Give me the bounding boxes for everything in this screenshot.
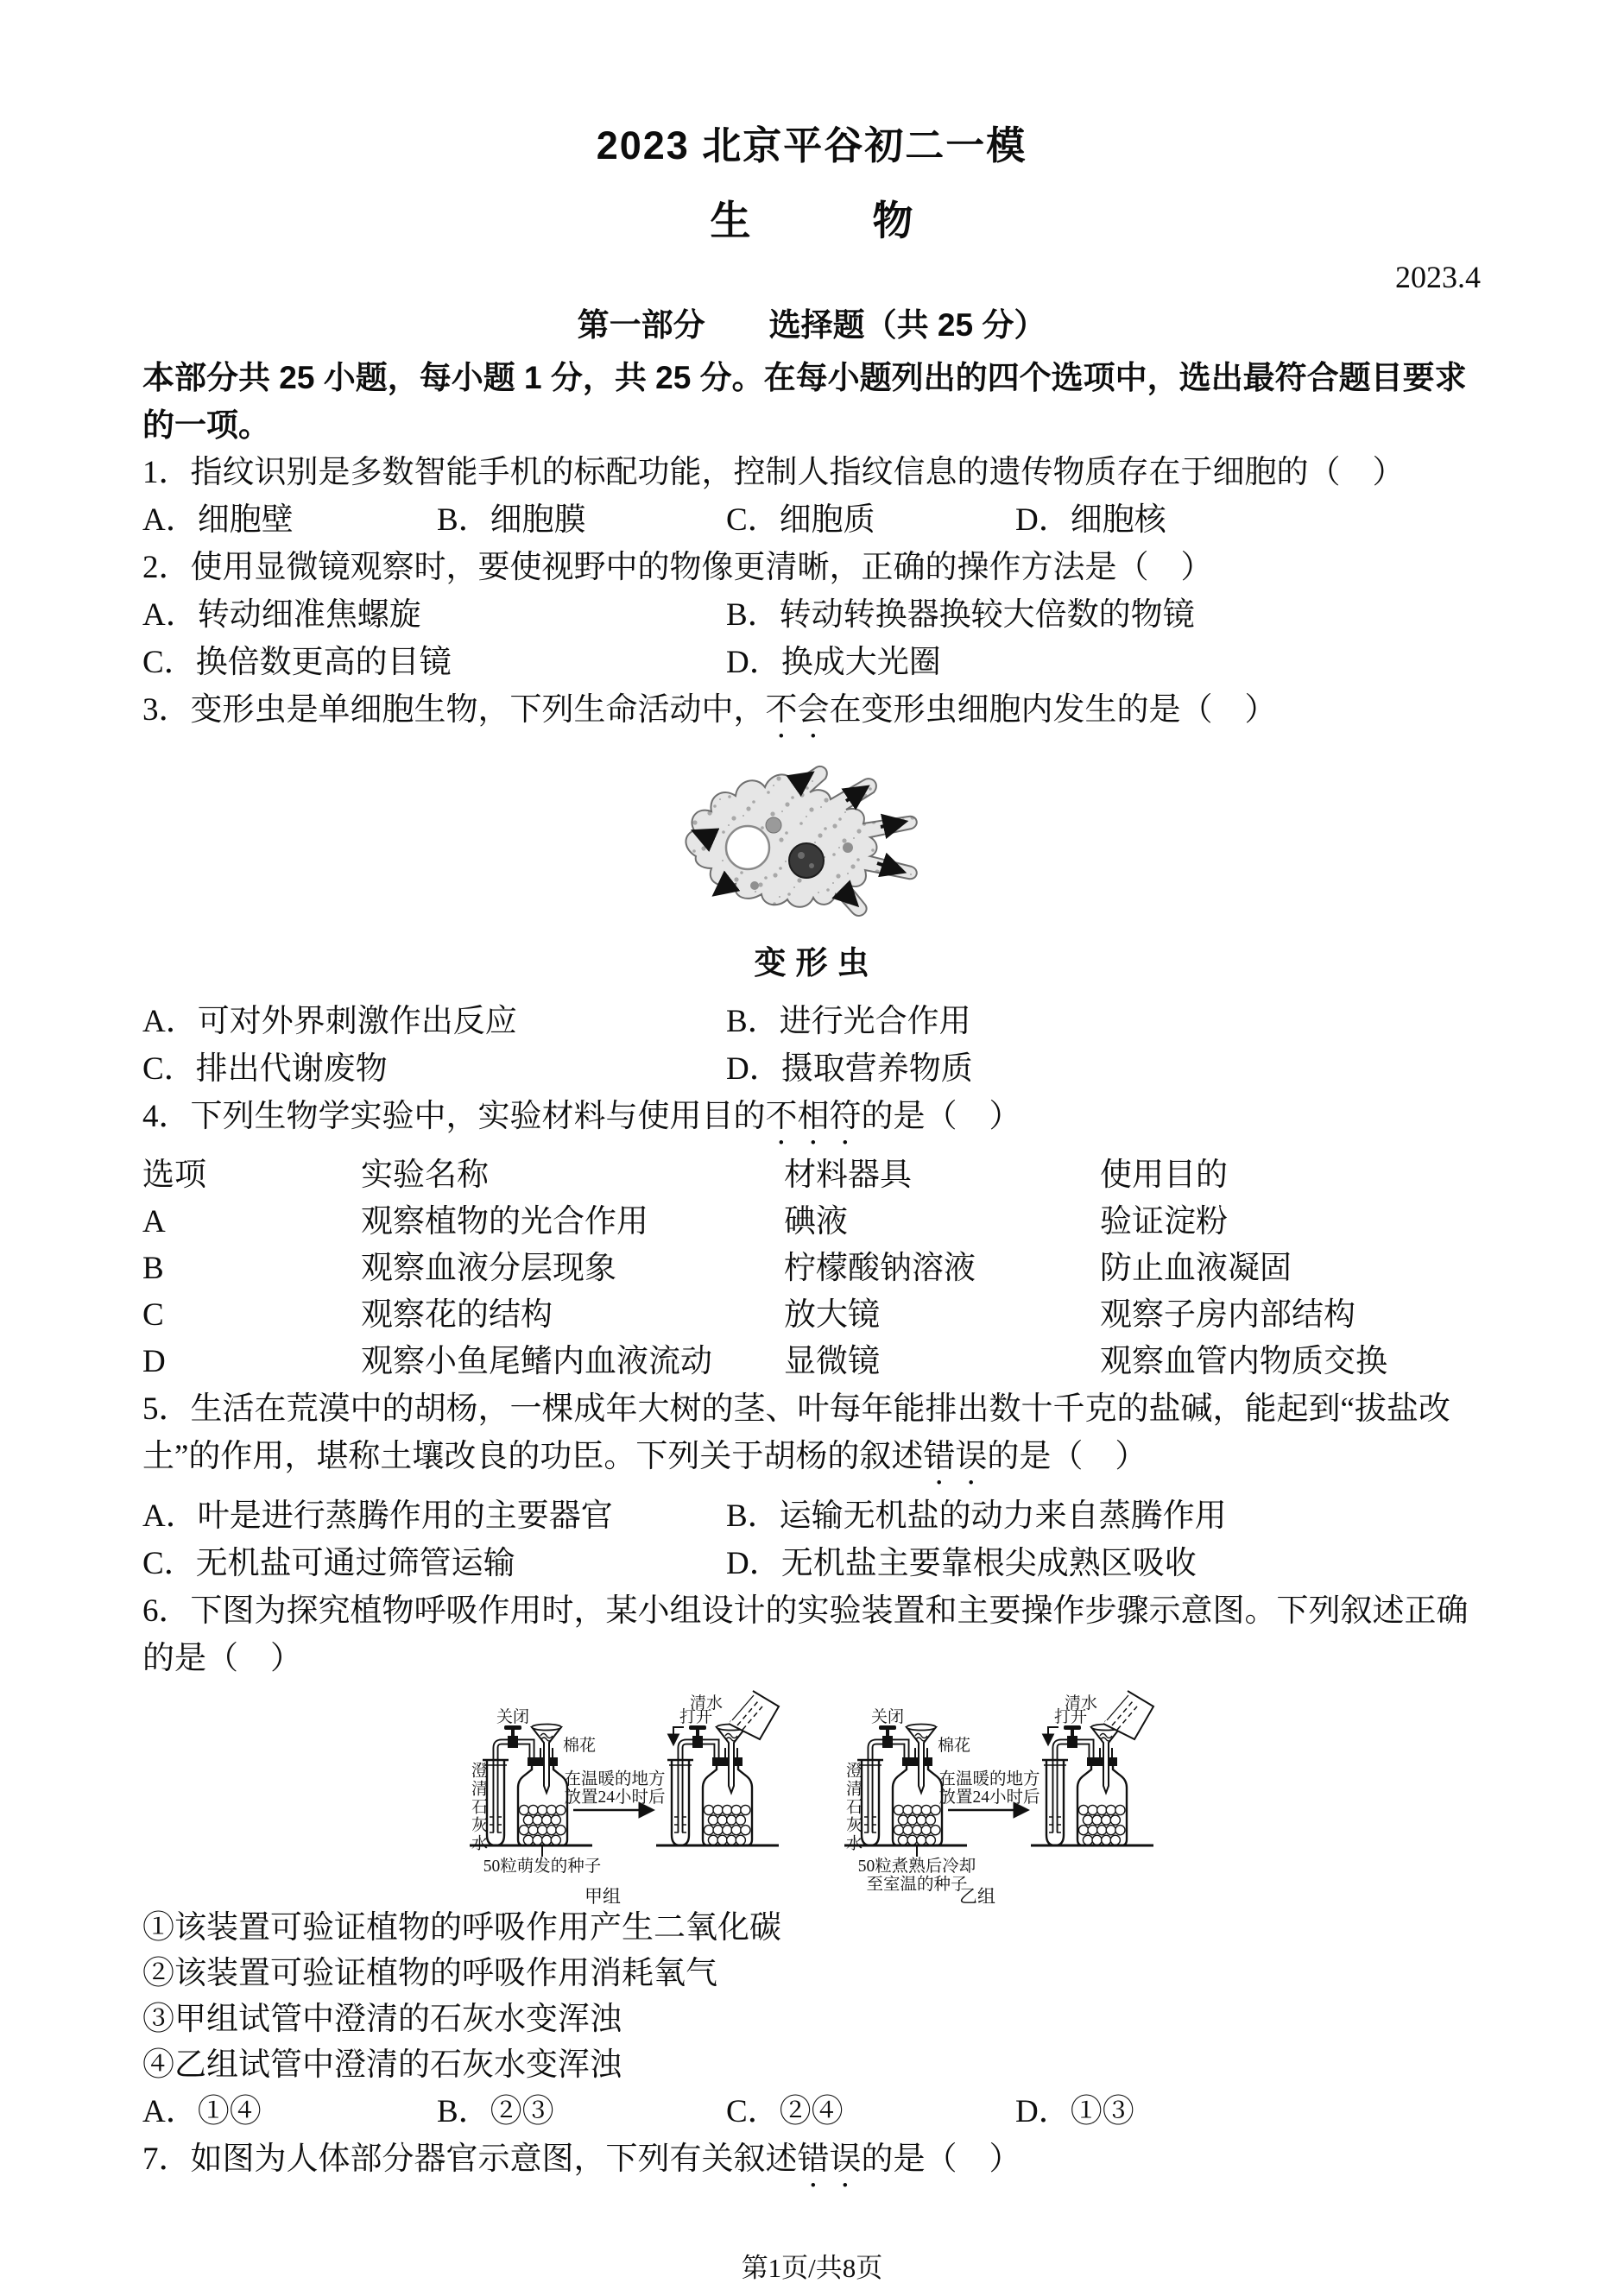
- table-cell: 观察子房内部结构: [1100, 1292, 1481, 1339]
- q6-option-d: D．①③: [1015, 2088, 1481, 2135]
- q5-options-cd: C．无机盐可通过筛管运输 D．无机盐主要靠根尖成熟区吸收: [142, 1540, 1481, 1587]
- q3-options-cd: C．排出代谢废物 D．摄取营养物质: [142, 1045, 1481, 1093]
- q6-diagram-group-yi: 澄清石灰水: [843, 1687, 1155, 1905]
- q1-option-d: D．细胞核: [1015, 496, 1481, 544]
- q3-text-pre: 3．变形虫是单细胞生物，下列生命活动中，: [142, 692, 766, 728]
- contractile-vacuole: [726, 826, 769, 869]
- valve-label-closed: 关闭: [871, 1707, 904, 1726]
- question-3: 3．变形虫是单细胞生物，下列生命活动中，不会在变形虫细胞内发生的是（ ）: [142, 686, 1481, 746]
- q6-statement-1: ①该装置可验证植物的呼吸作用产生二氧化碳: [142, 1905, 1481, 1951]
- rubber-stopper: [712, 1757, 742, 1766]
- seeds-label-line2: 至室温的种子: [866, 1875, 967, 1894]
- water-label: 清水: [690, 1694, 723, 1713]
- seeds-label-line1: 50粒萌发的种子: [483, 1857, 602, 1876]
- cotton-label: 棉花: [938, 1736, 970, 1755]
- q4-text-post: 的是（ ）: [862, 1099, 1021, 1134]
- instructions: 本部分共 25 小题，每小题 1 分，共 25 分。在每小题列出的四个选项中，选…: [142, 354, 1481, 449]
- seeds-label-line1: 50粒煮熟后冷却: [858, 1857, 976, 1876]
- q2-option-b: B．转动转换器换较大倍数的物镜: [726, 591, 1481, 639]
- table-cell: 显微镜: [784, 1339, 1100, 1385]
- q5-text-emphasis: 错误: [923, 1439, 987, 1474]
- q3-text-emphasis: 不会: [766, 692, 830, 728]
- q1-option-c: C．细胞质: [726, 496, 1015, 544]
- q4-text-emphasis: 不相符: [766, 1099, 862, 1134]
- valve-label-closed: 关闭: [496, 1707, 529, 1726]
- apparatus-svg-yi: 关闭 棉花 50粒煮熟后冷却: [843, 1687, 1155, 1905]
- exam-content: 2023 北京平谷初二一模 生 物 2023.4 第一部分 选择题（共 25 分…: [0, 0, 1624, 2195]
- step-text-line2: 放置24小时后: [938, 1788, 1039, 1807]
- funnel: [1091, 1720, 1121, 1793]
- q7-text-pre: 7．如图为人体部分器官示意图，下列有关叙述: [142, 2141, 798, 2177]
- q3-option-d: D．摄取营养物质: [726, 1045, 1481, 1093]
- funnel: [717, 1720, 746, 1793]
- q3-option-a: A．可对外界刺激作出反应: [142, 998, 726, 1045]
- table-cell: A: [142, 1199, 361, 1246]
- step-text-line1: 在温暖的地方: [564, 1769, 665, 1788]
- page-title: 2023 北京平谷初二一模: [142, 121, 1481, 171]
- q5-options-ab: A．叶是进行蒸腾作用的主要器官 B．运输无机盐的动力来自蒸腾作用: [142, 1492, 1481, 1540]
- q6-diagram: 澄清石灰水: [142, 1687, 1481, 1905]
- table-cell: 放大镜: [784, 1292, 1100, 1339]
- table-cell: C: [142, 1292, 361, 1339]
- water-label: 清水: [1065, 1694, 1097, 1713]
- exam-date: 2023.4: [142, 257, 1481, 297]
- question-1: 1．指纹识别是多数智能手机的标配功能，控制人指纹信息的遗传物质存在于细胞的（ ）: [142, 449, 1481, 496]
- step-text-line2: 放置24小时后: [564, 1788, 665, 1807]
- group-caption: 乙组: [959, 1886, 995, 1905]
- q3-option-c: C．排出代谢废物: [142, 1045, 726, 1093]
- q4-table-header: 选项: [142, 1152, 361, 1199]
- table-cell: 柠檬酸钠溶液: [784, 1246, 1100, 1292]
- table-cell: 防止血液凝固: [1100, 1246, 1481, 1292]
- q4-table-header: 实验名称: [361, 1152, 784, 1199]
- exam-page: 2023 北京平谷初二一模 生 物 2023.4 第一部分 选择题（共 25 分…: [0, 0, 1624, 2296]
- q1-option-a: A．细胞壁: [142, 496, 437, 544]
- q6-option-c: C．②④: [726, 2088, 1015, 2135]
- q4-table-header: 使用目的: [1100, 1152, 1481, 1199]
- q5-text-pre: 5．生活在荒漠中的胡杨，一棵成年大树的茎、叶每年能排出数十千克的盐碱，能起到“拔…: [142, 1391, 1450, 1474]
- seeds: [1078, 1805, 1125, 1845]
- q2-options-ab: A．转动细准焦螺旋 B．转动转换器换较大倍数的物镜: [142, 591, 1481, 639]
- table-cell: 观察小鱼尾鳍内血液流动: [361, 1339, 784, 1385]
- q2-options-cd: C．换倍数更高的目镜 D．换成大光圈: [142, 639, 1481, 686]
- question-2: 2．使用显微镜观察时，要使视野中的物像更清晰，正确的操作方法是（ ）: [142, 544, 1481, 591]
- q1-options: A．细胞壁 B．细胞膜 C．细胞质 D．细胞核: [142, 496, 1481, 544]
- table-cell: 观察花的结构: [361, 1292, 784, 1339]
- table-cell: D: [142, 1339, 361, 1385]
- q5-option-a: A．叶是进行蒸腾作用的主要器官: [142, 1492, 726, 1540]
- limewater-label: 澄清石灰水: [468, 1762, 487, 1852]
- q6-statements: ①该装置可验证植物的呼吸作用产生二氧化碳 ②该装置可验证植物的呼吸作用消耗氧气 …: [142, 1905, 1481, 2088]
- step-text-line1: 在温暖的地方: [938, 1769, 1039, 1788]
- rubber-stopper: [528, 1757, 558, 1766]
- table-cell: 观察血液分层现象: [361, 1246, 784, 1292]
- q7-text-post: 的是（ ）: [862, 2141, 1021, 2177]
- amoeba-nucleus: [789, 843, 824, 878]
- q6-option-a: A．①④: [142, 2088, 437, 2135]
- q6-options: A．①④ B．②③ C．②④ D．①③: [142, 2088, 1481, 2135]
- table-cell: B: [142, 1246, 361, 1292]
- q6-statement-2: ②该装置可验证植物的呼吸作用消耗氧气: [142, 1951, 1481, 1996]
- q6-diagram-group-jia: 澄清石灰水: [468, 1687, 780, 1905]
- amoeba-caption: 变形虫: [142, 944, 1481, 984]
- question-6: 6．下图为探究植物呼吸作用时，某小组设计的实验装置和主要操作步骤示意图。下列叙述…: [142, 1587, 1481, 1682]
- amoeba-body: [686, 766, 916, 916]
- table-cell: 观察血管内物质交换: [1100, 1339, 1481, 1385]
- q6-option-b: B．②③: [437, 2088, 726, 2135]
- q2-option-c: C．换倍数更高的目镜: [142, 639, 726, 686]
- q5-option-b: B．运输无机盐的动力来自蒸腾作用: [726, 1492, 1481, 1540]
- q5-option-d: D．无机盐主要靠根尖成熟区吸收: [726, 1540, 1481, 1587]
- q2-option-d: D．换成大光圈: [726, 639, 1481, 686]
- page-footer: 第1页/共8页: [0, 2251, 1624, 2286]
- q4-table-header: 材料器具: [784, 1152, 1100, 1199]
- amoeba-figure: 变形虫: [142, 746, 1481, 984]
- q6-statement-4: ④乙组试管中澄清的石灰水变浑浊: [142, 2042, 1481, 2088]
- question-7: 7．如图为人体部分器官示意图，下列有关叙述错误的是（ ）: [142, 2135, 1481, 2195]
- q6-statement-3: ③甲组试管中澄清的石灰水变浑浊: [142, 1996, 1481, 2042]
- group-caption: 甲组: [585, 1886, 621, 1905]
- q4-text-pre: 4．下列生物学实验中，实验材料与使用目的: [142, 1099, 766, 1134]
- apparatus-svg-jia: 关闭 棉花 50粒萌发的种子: [468, 1687, 780, 1905]
- section-heading: 第一部分 选择题（共 25 分）: [142, 304, 1481, 347]
- q5-option-c: C．无机盐可通过筛管运输: [142, 1540, 726, 1587]
- rubber-stopper: [1087, 1757, 1117, 1766]
- table-cell: 观察植物的光合作用: [361, 1199, 784, 1246]
- rubber-stopper: [902, 1757, 932, 1766]
- q1-option-b: B．细胞膜: [437, 496, 726, 544]
- q3-options-ab: A．可对外界刺激作出反应 B．进行光合作用: [142, 998, 1481, 1045]
- limewater-label: 澄清石灰水: [843, 1762, 862, 1852]
- cotton-label: 棉花: [563, 1736, 596, 1755]
- q7-text-emphasis: 错误: [798, 2141, 862, 2177]
- q3-text-post: 在变形虫细胞内发生的是（ ）: [830, 692, 1277, 728]
- question-5: 5．生活在荒漠中的胡杨，一棵成年大树的茎、叶每年能排出数十千克的盐碱，能起到“拔…: [142, 1385, 1481, 1492]
- q4-table: 选项 实验名称 材料器具 使用目的 A 观察植物的光合作用 碘液 验证淀粉 B …: [142, 1152, 1481, 1385]
- q2-option-a: A．转动细准焦螺旋: [142, 591, 726, 639]
- question-4: 4．下列生物学实验中，实验材料与使用目的不相符的是（ ）: [142, 1093, 1481, 1152]
- seeds: [704, 1805, 750, 1845]
- table-cell: 碘液: [784, 1199, 1100, 1246]
- q3-option-b: B．进行光合作用: [726, 998, 1481, 1045]
- q5-text-post: 的是（ ）: [987, 1439, 1147, 1474]
- seeds: [519, 1805, 566, 1845]
- table-cell: 验证淀粉: [1100, 1199, 1481, 1246]
- seeds: [894, 1805, 940, 1845]
- amoeba-image: [651, 746, 972, 930]
- subject-title: 生 物: [142, 195, 1481, 247]
